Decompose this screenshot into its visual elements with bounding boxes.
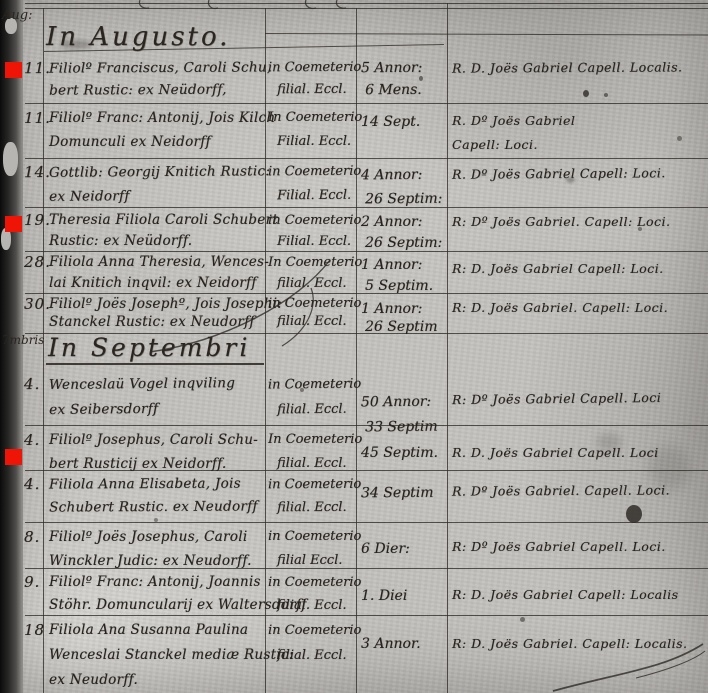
- entry-burial-place: in Coemeteriofilial. Eccl.: [268, 57, 362, 101]
- entry-burial-place-line: in Coemeterio: [268, 295, 361, 313]
- entry-description-line: ex Neidorff: [49, 183, 270, 209]
- entry-age: 45 Septim.: [361, 441, 438, 465]
- entry-age: 1. Diei: [361, 585, 407, 608]
- entry-day-line: 8.: [24, 525, 40, 549]
- entry-priest-line: R: Dº Joës Gabriel. Capell: Loci.: [452, 211, 670, 232]
- entry-burial-place: In Coemeteriofilial. Eccl.: [268, 428, 362, 476]
- entry-description: Filiolº Franc: Antonij, Jois KilchDomunc…: [49, 106, 275, 154]
- entry-description-line: Wenceslaü Vogel inqviling: [49, 371, 236, 398]
- entry-description: Filiolº Joës Josephº, Jois Josephi:Stanc…: [49, 295, 282, 331]
- entry-priest: R. D. Joës Gabriel Capell. Loci: [452, 441, 659, 465]
- ink-stain: [520, 617, 525, 622]
- entry-burial-place-line: filial. Eccl.: [268, 273, 362, 294]
- entry-age-line: 34 Septim: [361, 482, 434, 505]
- entry-priest: R: Dº Joës Gabriel. Capell: Loci.: [452, 211, 670, 232]
- entry-day: 4.: [24, 473, 40, 496]
- entry-priest-line: R. Dº Joës Gabriel Capell: Loci.: [452, 161, 666, 186]
- entry-description-line: Gottlib: Georgij Knitich Rustic:: [49, 159, 270, 185]
- entry-description-line: Filiola Anna Theresia, Wences-: [49, 252, 269, 273]
- entry-day: 30.: [24, 295, 51, 313]
- entry-day: 11.: [24, 57, 51, 79]
- entry-burial-place-line: in Coemeterio: [268, 525, 361, 549]
- entry-burial-place-line: in Coemeterio: [268, 372, 362, 398]
- entry-description-line: Theresia Filiola Caroli Schubert: [49, 210, 278, 231]
- entry-age-line: 1. Diei: [361, 585, 407, 608]
- entry-description: Filiola Anna Theresia, Wences-lai Knitic…: [49, 252, 269, 294]
- entry-day: 11.: [24, 106, 51, 130]
- table-rule-horizontal: [25, 522, 708, 523]
- ink-stain: [583, 90, 589, 97]
- margin-month-abbrev-september: 7mbris: [2, 333, 44, 347]
- entry-day-line: 30.: [24, 295, 51, 313]
- entry-description: Filiolº Josephus, Caroli Schu-bert Rusti…: [49, 428, 258, 476]
- entry-age: 3 Annor.: [361, 632, 421, 657]
- entry-priest-line: R: Dº Joës Gabriel Capell. Loci: [452, 385, 662, 412]
- entry-day-line: 18: [24, 618, 45, 643]
- entry-priest: R. Dº Joës GabrielCapell: Loci.: [452, 109, 575, 157]
- entry-day: 4.: [24, 372, 41, 397]
- entry-day-line: 4.: [24, 473, 40, 496]
- entry-age: 5 Annor:6 Mens.: [361, 57, 423, 101]
- entry-age: 14 Sept.: [361, 110, 420, 134]
- entry-description-line: Domunculi ex Neidorff: [49, 130, 275, 154]
- entry-description: Filiolº Joës Josephus, CaroliWinckler Ju…: [49, 525, 252, 573]
- entry-day: 14.: [24, 160, 51, 184]
- entry-burial-place-line: in Coemeterio: [268, 618, 361, 643]
- entry-priest-line: R. D. Joës Gabriel Capell. Localis.: [452, 56, 683, 79]
- entry-burial-place-line: in Coemeterio: [268, 571, 361, 594]
- entry-description-line: Rustic: ex Neüdorff.: [49, 231, 278, 252]
- entry-description: Filiola Ana Susanna PaulinaWenceslai Sta…: [49, 618, 294, 693]
- entry-description-line: Filiolº Franciscus, Caroli Schu,: [49, 56, 272, 79]
- entry-description-line: Filiolº Franc: Antonij, Jois Kilch: [49, 106, 275, 130]
- entry-description-line: lai Knitich inqvil: ex Neidorff: [49, 273, 269, 294]
- entry-age-line: 5 Annor:: [361, 57, 422, 79]
- entry-age-line: 45 Septim.: [361, 441, 438, 465]
- entry-age-line: 14 Sept.: [361, 110, 420, 134]
- entry-age-line: 5 Septim.: [361, 276, 433, 297]
- entry-burial-place: In Coemeteriofilial. Eccl.: [268, 252, 362, 294]
- entry-priest-line: R: D. Joës Gabriel. Capell: Loci.: [452, 299, 668, 317]
- entry-description: Gottlib: Georgij Knitich Rustic:ex Neido…: [49, 159, 271, 209]
- entry-priest-line: R. D. Joës Gabriel Capell. Loci: [452, 441, 659, 465]
- entry-age-line: 6 Dier:: [361, 537, 410, 561]
- entry-priest-line: R: D. Joës Gabriel Capell: Localis: [452, 583, 679, 606]
- entry-age-line: 3 Annor.: [361, 632, 421, 657]
- entry-burial-place-line: filial. Eccl.: [268, 79, 361, 101]
- entry-age: 1 Annor:26 Septim: [361, 300, 437, 336]
- ink-stain: [677, 136, 682, 141]
- entry-age-line: 1 Annor:: [361, 255, 433, 276]
- entry-burial-place-line: Filial. Eccl.: [268, 184, 361, 209]
- entry-burial-place: in CoemeterioFilial. Eccl.: [268, 160, 362, 209]
- entry-description: Theresia Filiola Caroli SchubertRustic: …: [49, 210, 278, 252]
- entry-description-line: Filiolº Josephus, Caroli Schu-: [49, 428, 258, 452]
- entry-age-line: 26 Septim:: [361, 233, 442, 254]
- entry-description-line: bert Rustic: ex Neüdorff,: [49, 78, 272, 101]
- august-section-header: In Augusto.: [46, 22, 230, 52]
- entry-description-line: Filiolº Joës Josephus, Caroli: [49, 525, 252, 549]
- entry-day: 4.: [24, 428, 40, 452]
- entry-burial-place: in Coemeteriofilial. Eccl.: [268, 618, 361, 668]
- entry-burial-place-line: filial. Eccl.: [268, 594, 361, 617]
- table-rule-horizontal: [25, 158, 708, 159]
- parish-burial-register-page: Aug: In Augusto. 7mbris In Septembri 11.…: [0, 0, 708, 693]
- entry-description-line: Wenceslai Stanckel mediæ Rustic:: [49, 643, 294, 668]
- entry-day: 9.: [24, 571, 40, 594]
- entry-description-line: Filiolº Joës Josephº, Jois Josephi:: [49, 295, 282, 313]
- ink-stain: [626, 505, 642, 523]
- entry-burial-place: in Coemeteriofilial. Eccl.: [268, 372, 362, 423]
- entry-day-line: 4.: [24, 428, 40, 452]
- entry-priest: R: D. Joës Gabriel Capell: Localis: [452, 583, 679, 606]
- red-highlight-marker: [5, 449, 22, 465]
- entry-burial-place-line: in Coemeterio: [268, 473, 361, 496]
- entry-age-line: 50 Annor:: [361, 390, 438, 416]
- entry-age: 34 Septim: [361, 482, 434, 505]
- entry-day-line: 19.: [24, 210, 51, 231]
- entry-burial-place-line: In Coemeterio: [268, 252, 362, 273]
- entry-priest-line: R. Dº Joës Gabriel: [452, 109, 575, 133]
- entry-priest-line: R. Dº Joës Gabriel. Capell. Loci.: [452, 478, 670, 502]
- entry-priest-line: R: D. Joës Gabriel Capell: Loci.: [452, 258, 664, 279]
- entry-burial-place-line: in Coemeterio: [268, 210, 361, 231]
- entry-age-line: 26 Septim:: [361, 187, 442, 212]
- entry-priest: R. Dº Joës Gabriel. Capell. Loci.: [452, 478, 670, 502]
- entry-age: 4 Annor:26 Septim:: [361, 163, 443, 212]
- entry-priest: R: Dº Joës Gabriel Capell. Loci: [452, 385, 662, 412]
- entry-description-line: ex Seibersdorff: [49, 396, 236, 423]
- entry-day: 18: [24, 618, 45, 643]
- entry-priest-line: Capell: Loci.: [452, 133, 575, 157]
- entry-burial-place-line: in Coemeterio: [268, 160, 361, 185]
- entry-day-line: 14.: [24, 160, 51, 184]
- entry-description: Filiola Anna Elisabeta, JoisSchubert Rus…: [49, 472, 258, 519]
- entry-description-line: ex Neudorff.: [49, 668, 294, 693]
- entry-age: 6 Dier:: [361, 537, 410, 561]
- table-rule-horizontal: [25, 3, 708, 4]
- entry-age: 2 Annor:26 Septim:: [361, 212, 442, 254]
- binding-wear-patch: [3, 142, 18, 176]
- table-rule-vertical: [447, 3, 448, 693]
- entry-burial-place: in Coemeteriofilial Eccl.: [268, 525, 361, 573]
- entry-day: 8.: [24, 525, 40, 549]
- table-rule-horizontal: [25, 103, 708, 104]
- entry-day-line: 9.: [24, 571, 40, 594]
- entry-description-line: Stanckel Rustic: ex Neudorff: [49, 313, 282, 331]
- entry-age-line: 33 Septim: [361, 415, 438, 441]
- entry-burial-place-line: Filial. Eccl.: [268, 130, 362, 154]
- entry-burial-place-line: In Coemeterio: [268, 428, 362, 452]
- red-highlight-marker: [5, 62, 22, 78]
- entry-burial-place-line: filial. Eccl.: [268, 643, 361, 668]
- entry-burial-place-line: filial. Eccl.: [268, 313, 361, 331]
- entry-day-line: 11.: [24, 106, 51, 130]
- entry-day-line: 11.: [24, 57, 51, 79]
- entry-priest-line: R: Dº Joës Gabriel Capell. Loci.: [452, 535, 666, 559]
- entry-burial-place-line: in Coemeterio: [268, 57, 361, 79]
- entry-day: 19.: [24, 210, 51, 231]
- entry-age-line: 1 Annor:: [361, 300, 437, 318]
- entry-age: 50 Annor:33 Septim: [361, 390, 438, 441]
- entry-priest: R. D. Joës Gabriel Capell. Localis.: [452, 56, 683, 79]
- entry-priest: R: D. Joës Gabriel Capell: Loci.: [452, 258, 664, 279]
- entry-age-line: 2 Annor:: [361, 212, 442, 233]
- entry-description: Wenceslaü Vogel inqvilingex Seibersdorff: [49, 371, 236, 423]
- entry-age: 1 Annor:5 Septim.: [361, 255, 433, 297]
- entry-day: 28.: [24, 252, 51, 273]
- red-highlight-marker: [5, 216, 22, 232]
- entry-burial-place-line: Filial. Eccl.: [268, 231, 361, 252]
- margin-month-abbrev-august: Aug:: [2, 8, 32, 23]
- entry-day-line: 28.: [24, 252, 51, 273]
- entry-description-line: Schubert Rustic. ex Neudorff: [49, 495, 258, 519]
- entry-burial-place-line: filial. Eccl.: [268, 397, 362, 423]
- entry-burial-place: in Coemeteriofilial. Eccl.: [268, 295, 361, 331]
- entry-age-line: 4 Annor:: [361, 163, 442, 188]
- entry-burial-place: in CoemeterioFilial. Eccl.: [268, 210, 361, 252]
- entry-burial-place-line: filial Eccl.: [268, 549, 361, 573]
- entry-priest-line: R: D. Joës Gabriel. Capell: Localis.: [452, 631, 687, 656]
- entry-burial-place-line: filial. Eccl.: [268, 496, 361, 519]
- entry-priest: R: D. Joës Gabriel. Capell: Loci.: [452, 299, 668, 317]
- ink-stain: [604, 93, 608, 97]
- entry-description-line: Filiola Ana Susanna Paulina: [49, 618, 294, 643]
- entry-priest: R: D. Joës Gabriel. Capell: Localis.: [452, 631, 687, 656]
- entry-day-line: 4.: [24, 372, 41, 397]
- entry-burial-place: in Coemeteriofilial. Eccl.: [268, 473, 362, 519]
- september-section-header: In Septembri: [46, 333, 264, 365]
- table-rule-horizontal: [25, 8, 708, 9]
- table-rule-horizontal: [265, 33, 708, 36]
- entry-burial-place: in Coemeteriofilial. Eccl.: [268, 571, 361, 617]
- entry-age-line: 6 Mens.: [361, 79, 422, 101]
- entry-description: Filiolº Franciscus, Caroli Schu,bert Rus…: [49, 56, 272, 101]
- entry-description-line: Winckler Judic: ex Neudorff.: [49, 549, 252, 573]
- entry-burial-place: In CoemeterioFilial. Eccl.: [268, 106, 362, 154]
- entry-description-line: Filiola Anna Elisabeta, Jois: [49, 472, 258, 496]
- entry-priest: R. Dº Joës Gabriel Capell: Loci.: [452, 161, 666, 186]
- entry-priest: R: Dº Joës Gabriel Capell. Loci.: [452, 535, 666, 559]
- entry-burial-place-line: In Coemeterio: [268, 106, 362, 130]
- entry-age-line: 26 Septim: [361, 318, 437, 336]
